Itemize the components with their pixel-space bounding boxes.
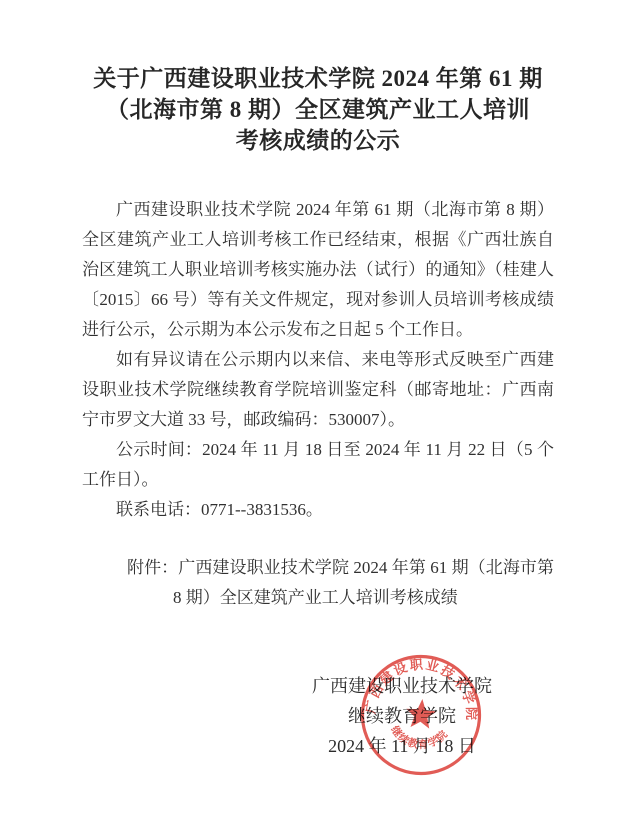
title-line-3: 考核成绩的公示	[82, 125, 554, 156]
paragraph-intro: 广西建设职业技术学院 2024 年第 61 期（北海市第 8 期）全区建筑产业工…	[82, 195, 554, 345]
document-page: 关于广西建设职业技术学院 2024 年第 61 期 （北海市第 8 期）全区建筑…	[0, 0, 634, 817]
attachment-note: 附件：广西建设职业技术学院 2024 年第 61 期（北海市第 8 期）全区建筑…	[173, 553, 554, 613]
signature-block: 广西建设职业技术学院 继续教育学院 2024 年 11 月 18 日	[282, 671, 522, 761]
document-title: 关于广西建设职业技术学院 2024 年第 61 期 （北海市第 8 期）全区建筑…	[82, 63, 554, 156]
paragraph-objection-contact: 如有异议请在公示期内以来信、来电等形式反映至广西建设职业技术学院继续教育学院培训…	[82, 345, 554, 435]
title-line-2: （北海市第 8 期）全区建筑产业工人培训	[82, 94, 554, 125]
signature-organization: 广西建设职业技术学院	[282, 671, 522, 701]
document-body: 广西建设职业技术学院 2024 年第 61 期（北海市第 8 期）全区建筑产业工…	[82, 195, 554, 525]
signature-department: 继续教育学院	[282, 701, 522, 731]
paragraph-publicity-period: 公示时间：2024 年 11 月 18 日至 2024 年 11 月 22 日（…	[82, 435, 554, 495]
paragraph-phone: 联系电话：0771--3831536。	[82, 495, 554, 525]
document-content: 关于广西建设职业技术学院 2024 年第 61 期 （北海市第 8 期）全区建筑…	[0, 0, 634, 761]
title-line-1: 关于广西建设职业技术学院 2024 年第 61 期	[82, 63, 554, 94]
signature-date: 2024 年 11 月 18 日	[282, 731, 522, 761]
